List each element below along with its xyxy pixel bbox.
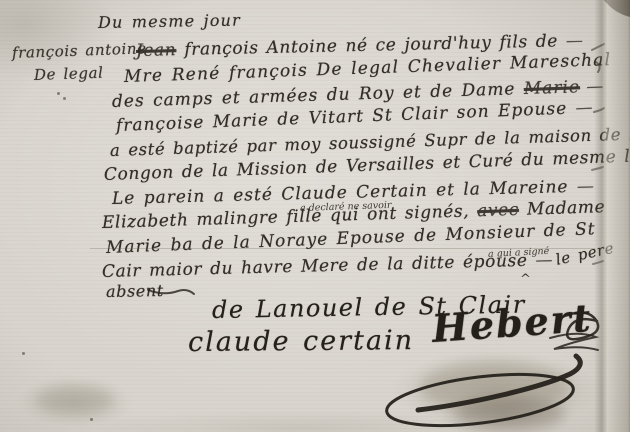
- margin-note-line-2: De legal: [34, 64, 104, 84]
- struck-word: Jean: [136, 40, 177, 61]
- signature-claude-certain: claude certain: [188, 325, 414, 358]
- page-right-edge: [608, 0, 630, 432]
- binding-fold-crease: [594, 0, 608, 432]
- show-through-stain: [455, 398, 565, 430]
- body-line-text: absent: [106, 281, 164, 301]
- margin-note-line-1: françois antoine: [12, 39, 147, 62]
- struck-word: avec: [477, 200, 519, 221]
- paper-stain: [35, 385, 115, 415]
- body-line-text: Madame: [519, 197, 606, 220]
- insertion-caret: ^: [520, 272, 531, 287]
- line-end-dash: —: [577, 176, 594, 196]
- struck-word: Marie: [524, 77, 581, 99]
- line-end-dash: —: [566, 31, 582, 51]
- manuscript-page: Du mesme jour françois antoine De legal …: [0, 0, 630, 432]
- body-line-11-absent: absent: [106, 281, 164, 301]
- ink-speck: [22, 352, 25, 355]
- faint-ruled-line: [90, 248, 595, 249]
- ink-speck: [90, 418, 93, 421]
- entry-heading: Du mesme jour: [98, 11, 241, 32]
- line-end-dash: —: [575, 98, 592, 119]
- ink-speck: [57, 92, 60, 95]
- ink-speck: [63, 97, 66, 100]
